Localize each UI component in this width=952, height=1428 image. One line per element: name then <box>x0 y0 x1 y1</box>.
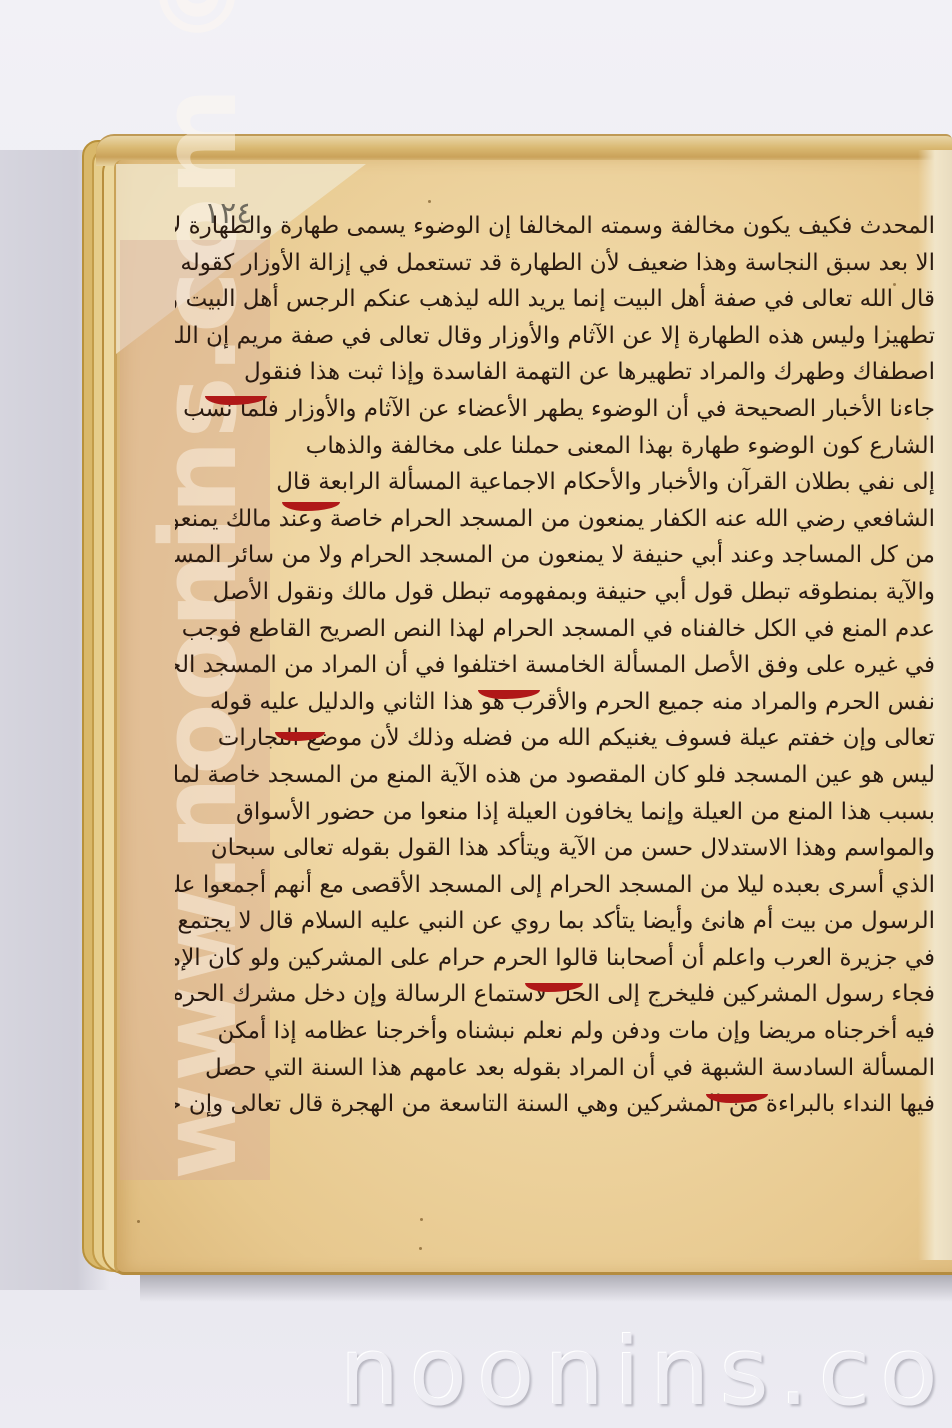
text-line: في جزيرة العرب واعلم أن أصحابنا قالوا ال… <box>175 940 935 977</box>
text-line: والآية بمنطوقه تبطل قول أبي حنيفة وبمفهو… <box>175 574 935 611</box>
paper-speck <box>420 1218 423 1221</box>
bottom-watermark: noonins.com <box>340 1318 952 1427</box>
text-line: المسألة السادسة الشبهة في أن المراد بقول… <box>175 1050 935 1087</box>
text-line: والمواسم وهذا الاستدلال حسن من الآية ويت… <box>175 830 935 867</box>
text-line: قال الله تعالى في صفة أهل البيت إنما يري… <box>175 281 935 318</box>
text-line: بسبب هذا المنع من العيلة وإنما يخافون ال… <box>175 794 935 831</box>
paper-speck <box>137 1220 140 1223</box>
text-line: المحدث فكيف يكون مخالفة وسمته المخالفا إ… <box>175 208 935 245</box>
text-line: فيها النداء بالبراءة من المشركين وهي الس… <box>175 1086 935 1123</box>
paper-speck <box>887 330 890 333</box>
text-line: عدم المنع في الكل خالفناه في المسجد الحر… <box>175 611 935 648</box>
text-line: ليس هو عين المسجد فلو كان المقصود من هذه… <box>175 757 935 794</box>
text-line: في غيره على وفق الأصل المسألة الخامسة اخ… <box>175 647 935 684</box>
paper-speck <box>428 200 431 203</box>
paper-speck <box>419 1247 422 1250</box>
text-line: فجاء رسول المشركين فليخرج إلى الحل لاستم… <box>175 976 935 1013</box>
text-line: الشارع كون الوضوء طهارة بهذا المعنى حملن… <box>175 428 935 465</box>
text-line: الذي أسرى بعبده ليلا من المسجد الحرام إل… <box>175 867 935 904</box>
paper-speck <box>893 283 896 286</box>
text-line: تطهيرا وليس هذه الطهارة إلا عن الآثام وا… <box>175 318 935 355</box>
text-line: اصطفاك وطهرك والمراد تطهيرها عن التهمة ا… <box>175 354 935 391</box>
text-line: الا بعد سبق النجاسة وهذا ضعيف لأن الطهار… <box>175 245 935 282</box>
text-line: جاءنا الأخبار الصحيحة في أن الوضوء يطهر … <box>175 391 935 428</box>
text-line: الرسول من بيت أم هانئ وأيضا يتأكد بما رو… <box>175 903 935 940</box>
text-line: نفس الحرم والمراد منه جميع الحرم والأقرب… <box>175 684 935 721</box>
text-line: إلى نفي بطلان القرآن والأخبار والأحكام ا… <box>175 464 935 501</box>
text-line: من كل المساجد وعند أبي حنيفة لا يمنعون م… <box>175 537 935 574</box>
text-line: فيه أخرجناه مريضا وإن مات ودفن ولم نعلم … <box>175 1013 935 1050</box>
